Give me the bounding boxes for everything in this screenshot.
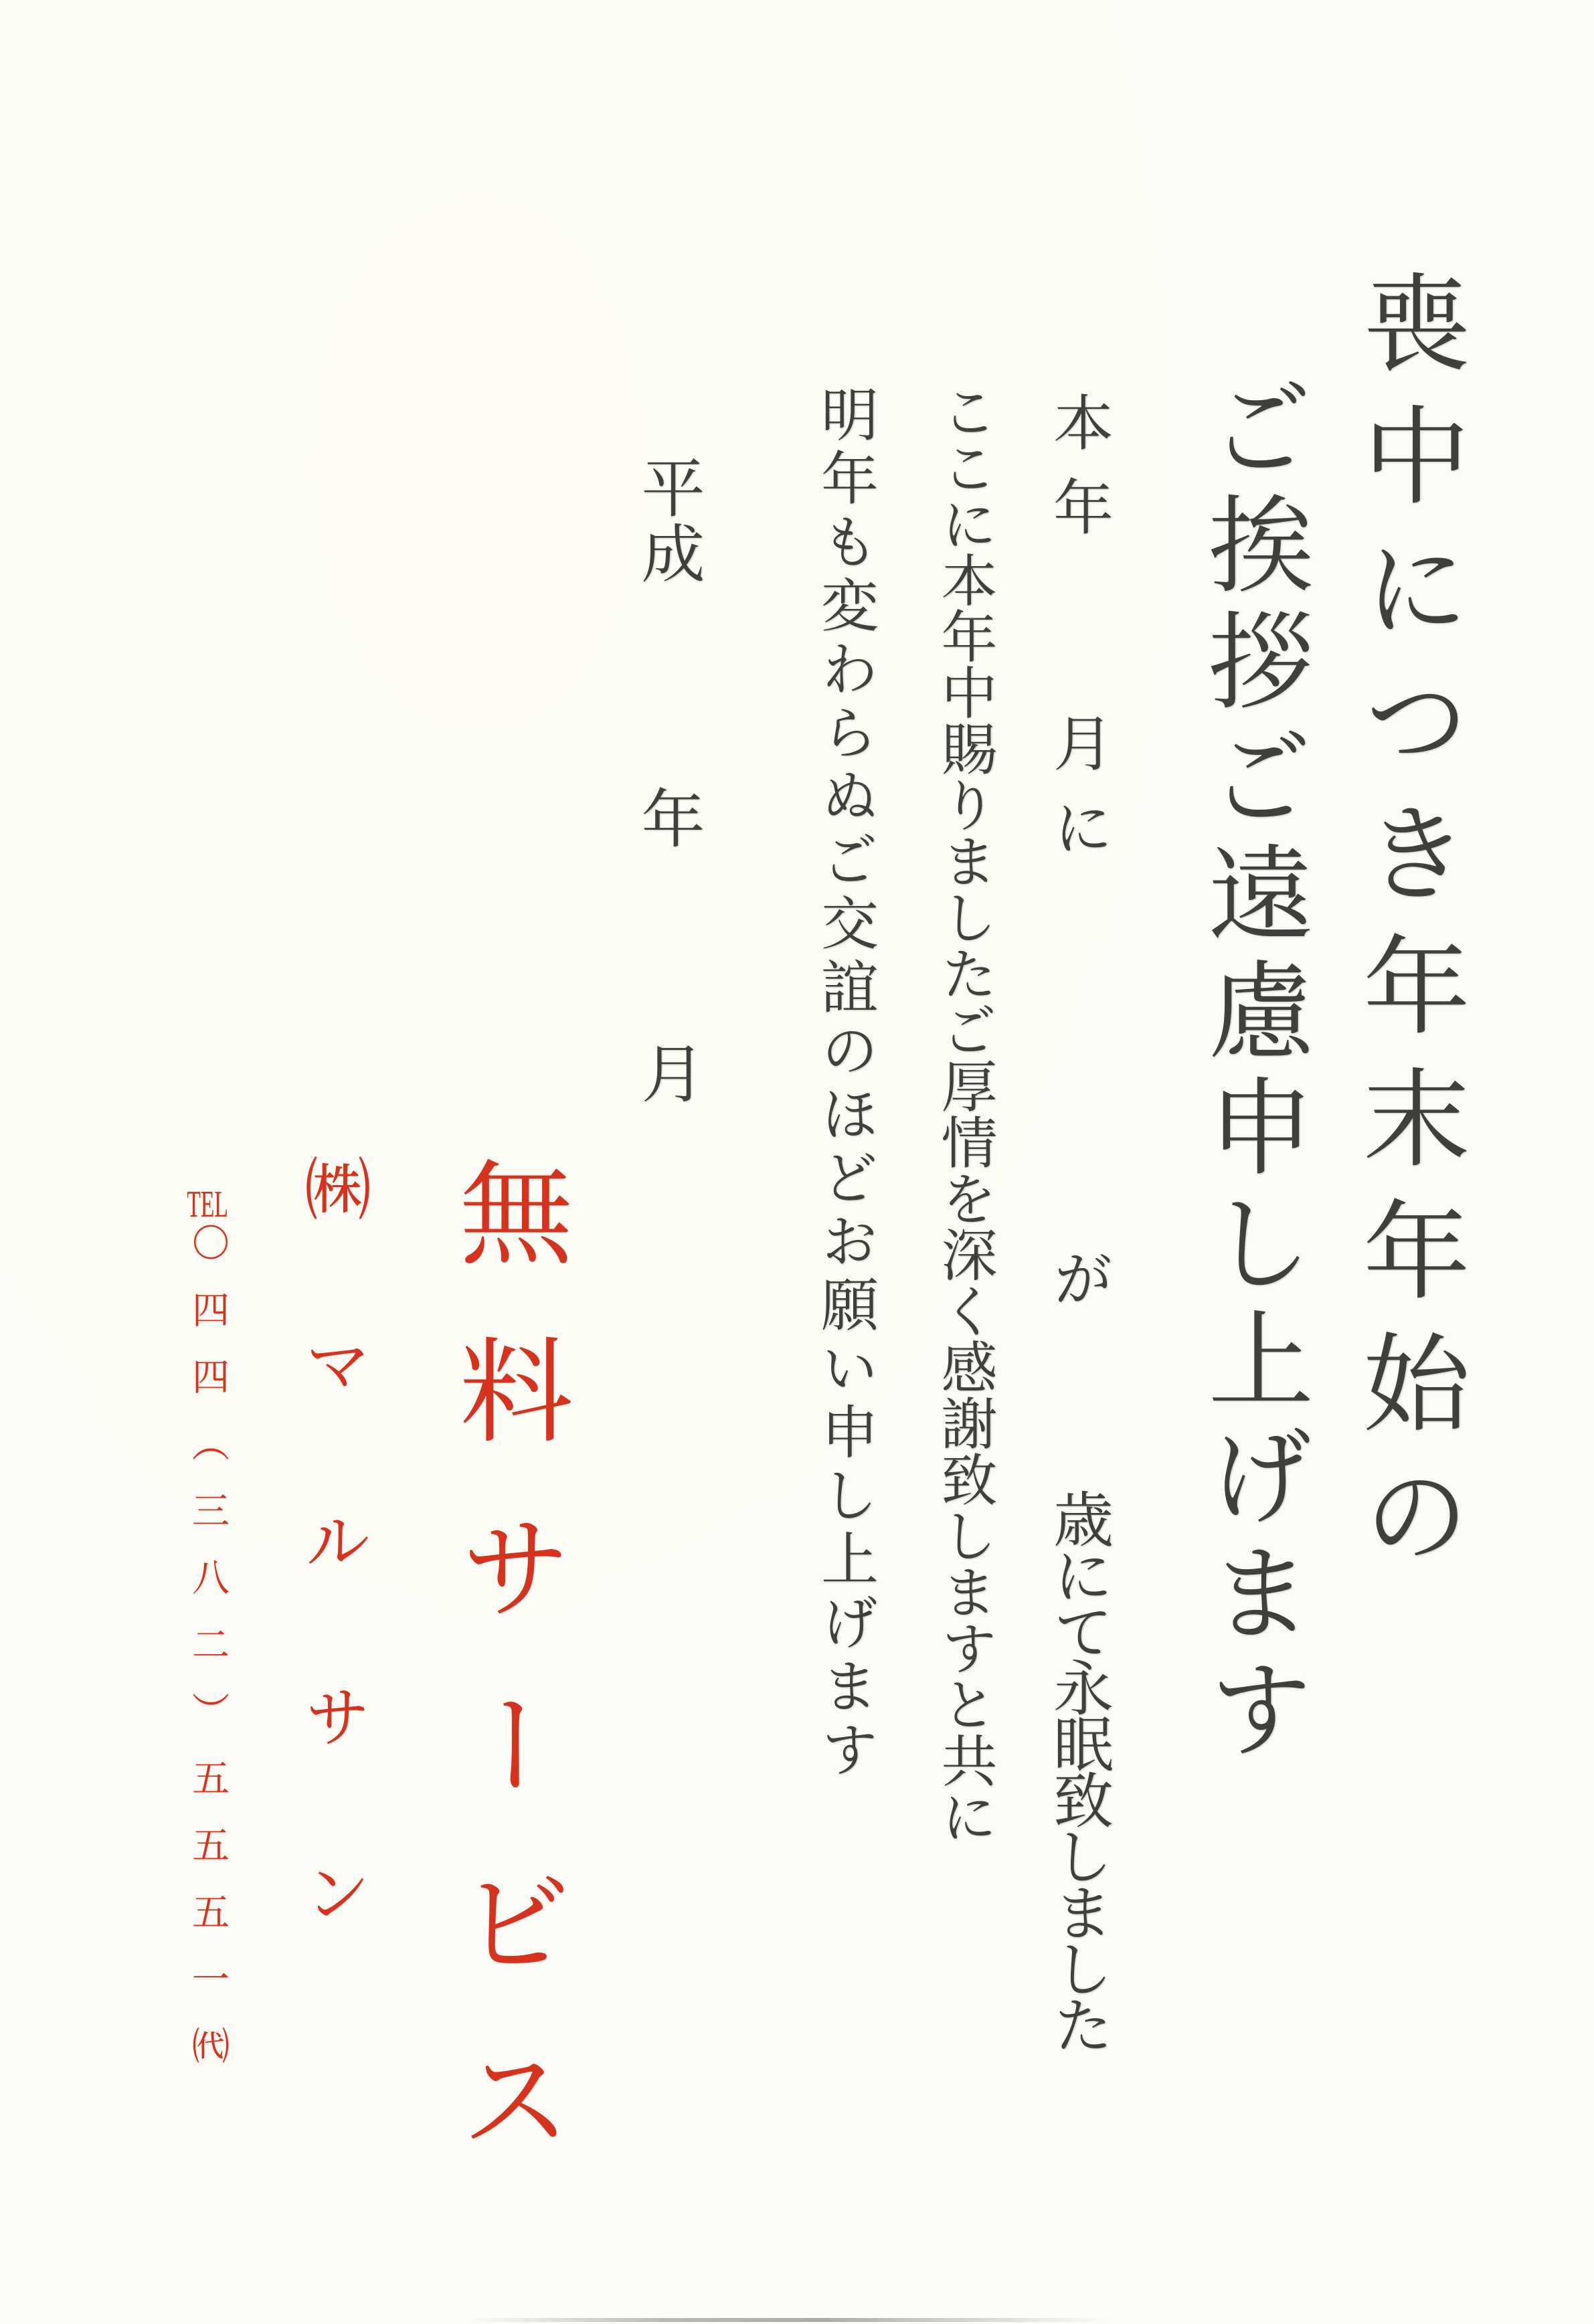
body-this-year-label: 本年 bbox=[1044, 391, 1110, 560]
date-line: 平成年月 bbox=[636, 455, 699, 1106]
tel-number: 〇四四（三八二）五五五一㈹ bbox=[187, 1223, 228, 2093]
body-line-next-year: 明年も変わらぬご交誼のほどお願い申し上げます bbox=[816, 385, 873, 1783]
title-line-2: ご挨拶ご遠慮申し上げます bbox=[1198, 373, 1304, 1771]
body-month-label: 月に bbox=[1044, 712, 1110, 881]
tel-prefix-label: TEL bbox=[187, 1186, 228, 1223]
telephone-line: TEL〇四四（三八二）五五五一㈹ bbox=[189, 1186, 226, 2093]
mourning-postcard-page: 喪中につき年末年始の ご挨拶ご遠慮申し上げます 本年月にが歳にて永眠致しました … bbox=[0, 0, 1594, 2324]
body-line-gratitude: ここに本年中賜りましたご厚情を深く感謝致しますと共に bbox=[936, 383, 992, 1844]
body-age-passed-label: 歳にて永眠致しました bbox=[1044, 1488, 1110, 2050]
scan-edge-artifact bbox=[472, 2318, 1108, 2322]
title-line-1: 喪中につき年末年始の bbox=[1353, 268, 1460, 1593]
company-name: ㈱マルサン bbox=[298, 1154, 365, 2034]
era-label: 平成 bbox=[632, 455, 703, 586]
body-line-deceased: 本年月にが歳にて永眠致しました bbox=[1047, 391, 1107, 2050]
year-unit-label: 年 bbox=[632, 786, 703, 851]
free-service-label: 無料サービス bbox=[448, 1154, 562, 2218]
month-unit-label: 月 bbox=[632, 1041, 703, 1106]
body-ga-particle: が bbox=[1044, 1247, 1110, 1332]
